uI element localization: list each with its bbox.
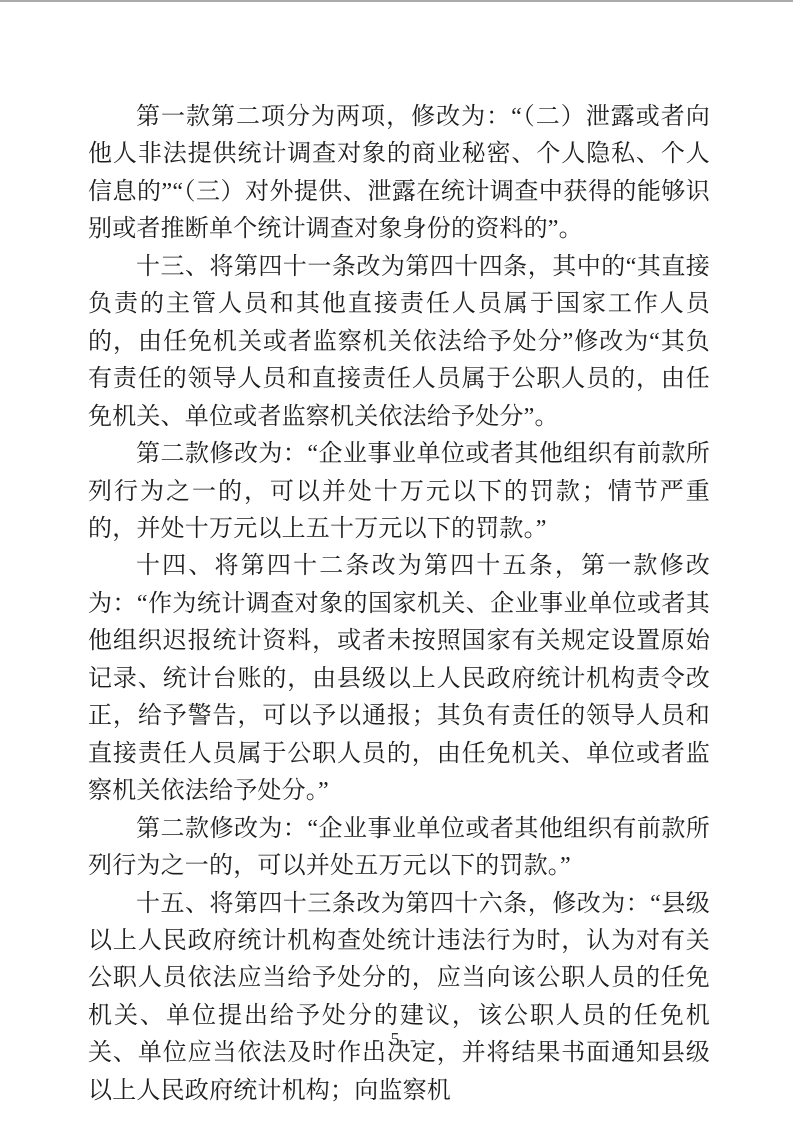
scan-edge-line bbox=[0, 0, 793, 2]
paragraph-amendment-item12-clause: 第一款第二项分为两项，修改为：“（二）泄露或者向他人非法提供统计调查对象的商业秘… bbox=[88, 99, 710, 249]
page-number: - 5 - bbox=[0, 1029, 793, 1050]
paragraph-amendment-item15: 十五、将第四十三条改为第四十六条，修改为：“县级以上人民政府统计机构查处统计违法… bbox=[88, 886, 710, 1111]
document-page: 第一款第二项分为两项，修改为：“（二）泄露或者向他人非法提供统计调查对象的商业秘… bbox=[0, 0, 793, 1122]
paragraph-amendment-item13-clause2: 第二款修改为：“企业事业单位或者其他组织有前款所列行为之一的，可以并处十万元以下… bbox=[88, 436, 710, 548]
paragraph-amendment-item13: 十三、将第四十一条改为第四十四条，其中的“其直接负责的主管人员和其他直接责任人员… bbox=[88, 249, 710, 436]
document-body: 第一款第二项分为两项，修改为：“（二）泄露或者向他人非法提供统计调查对象的商业秘… bbox=[88, 99, 710, 1110]
paragraph-amendment-item14-clause2: 第二款修改为：“企业事业单位或者其他组织有前款所列行为之一的，可以并处五万元以下… bbox=[88, 811, 710, 886]
paragraph-amendment-item14: 十四、将第四十二条改为第四十五条，第一款修改为：“作为统计调查对象的国家机关、企… bbox=[88, 548, 710, 810]
